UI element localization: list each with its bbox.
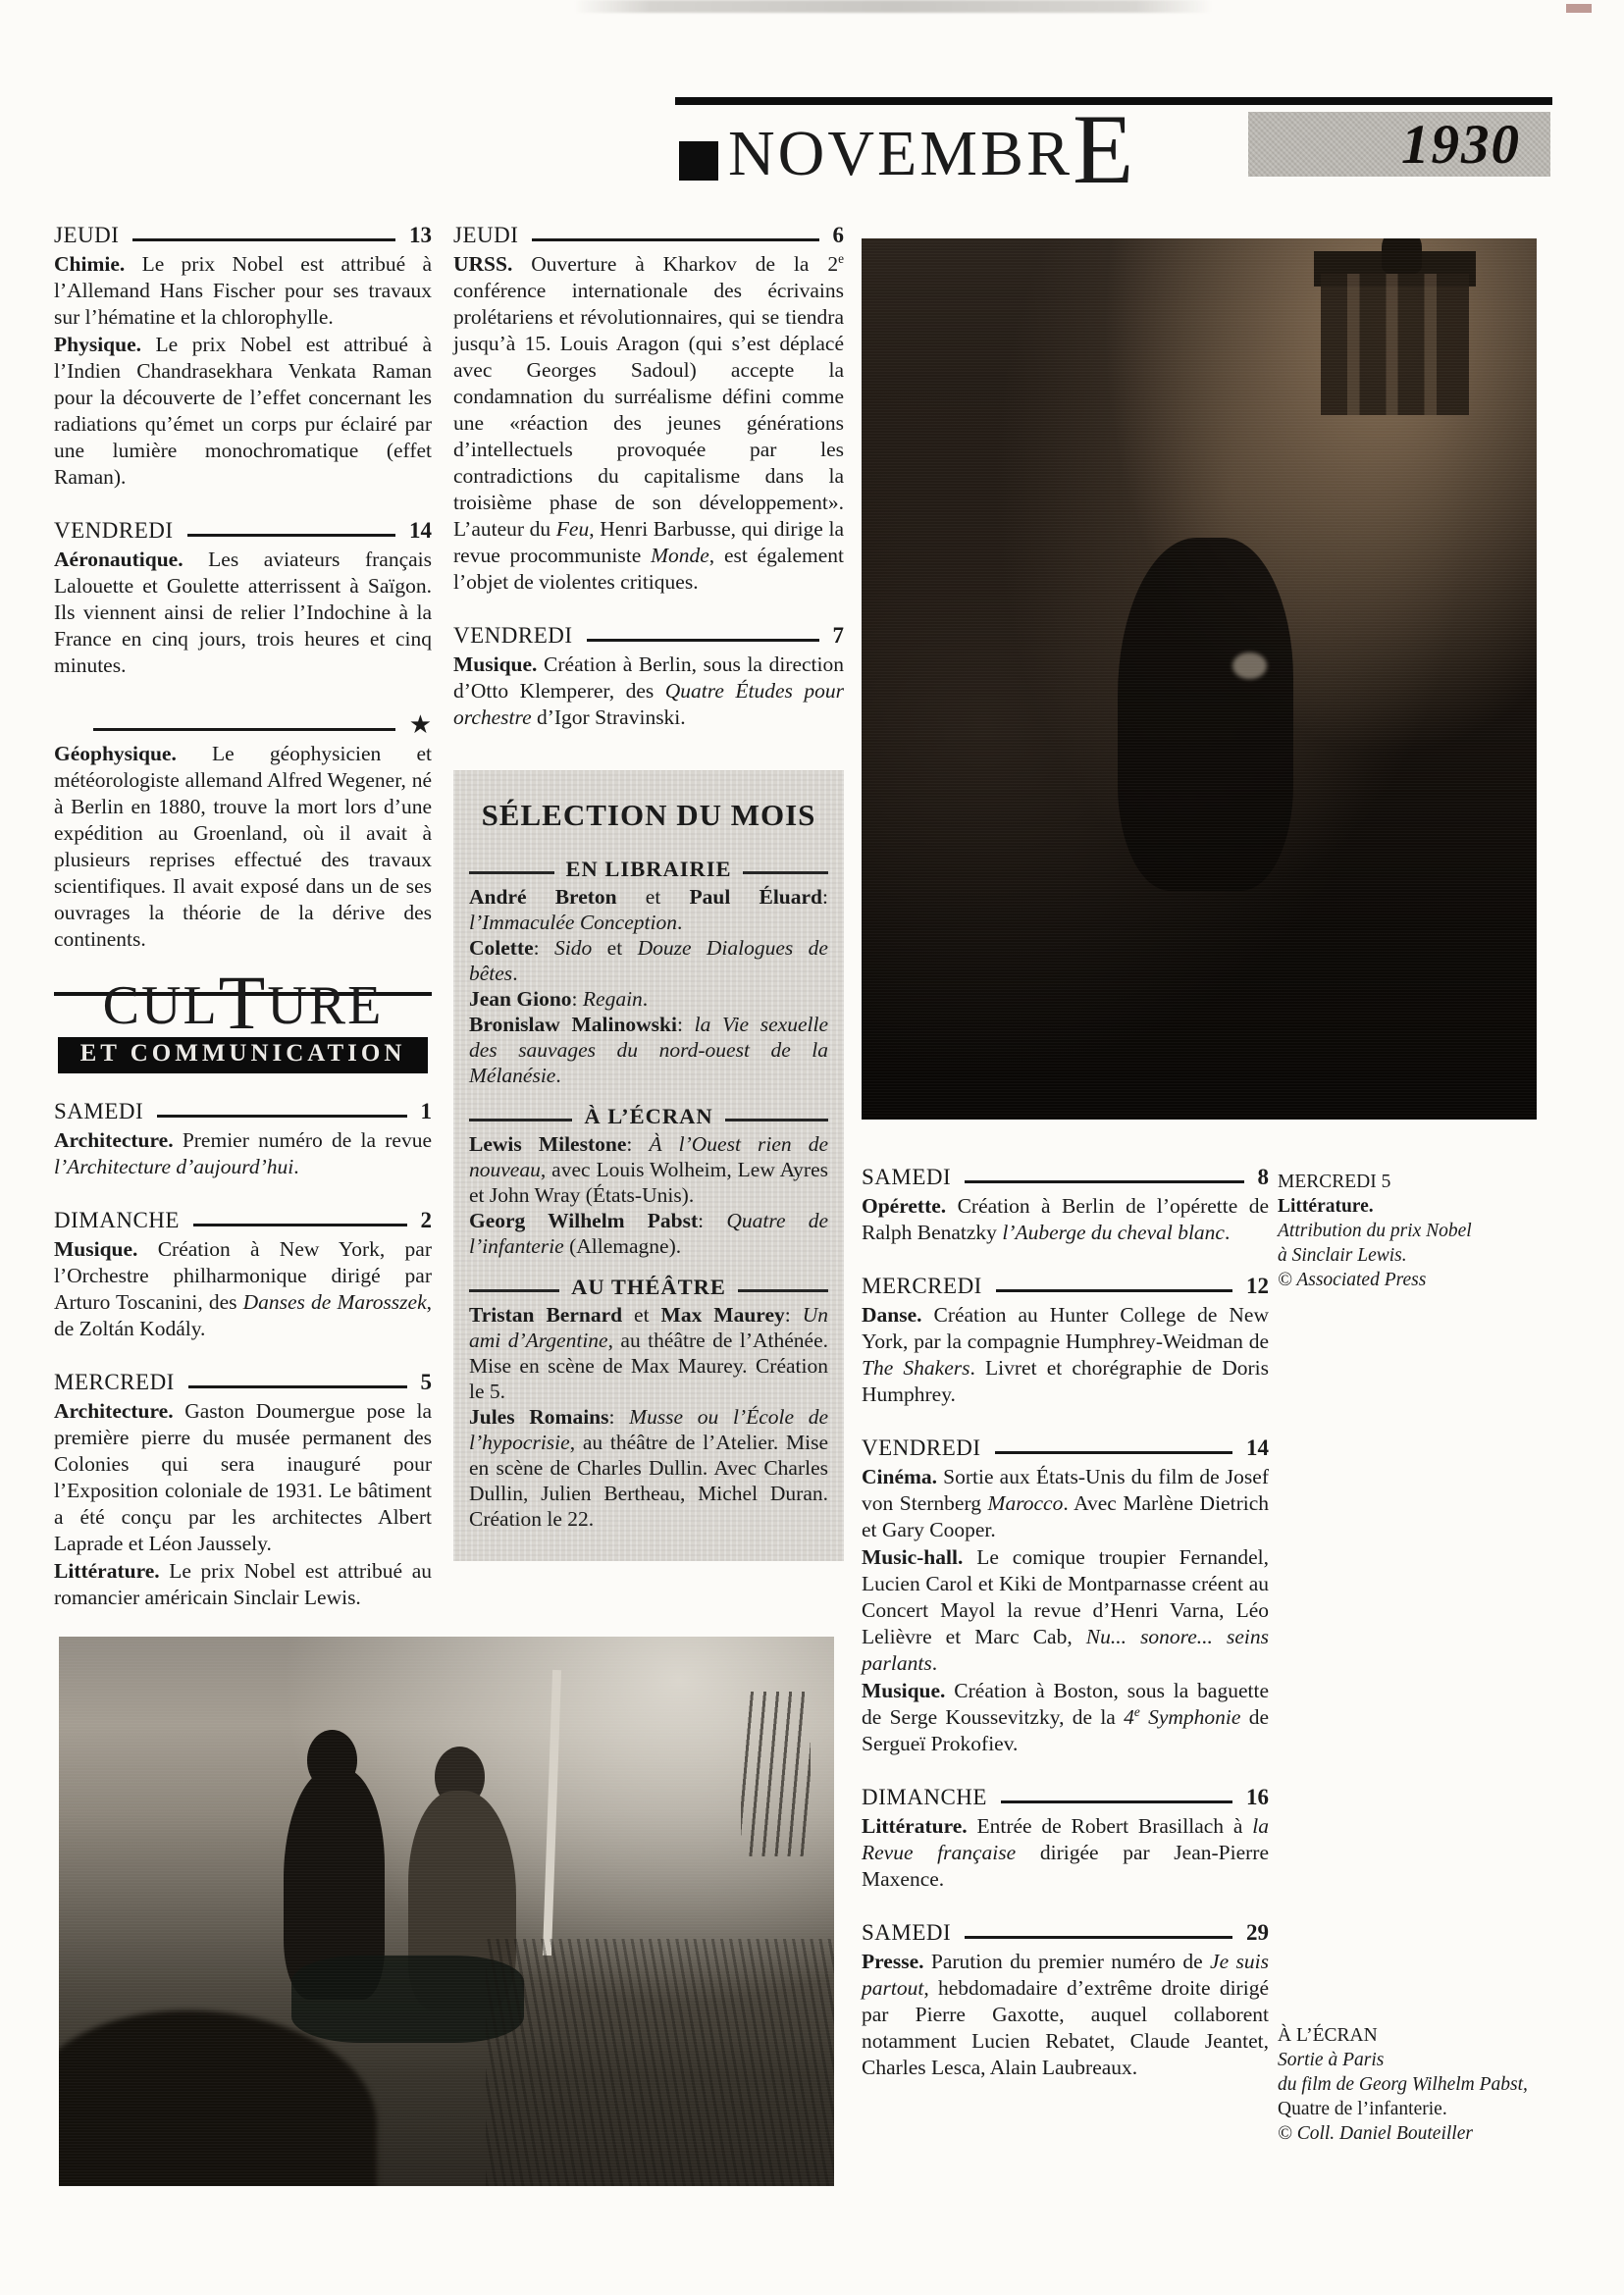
month-title-final-letter: E bbox=[1073, 110, 1133, 190]
caption-credit: © Coll. Daniel Bouteiller bbox=[1278, 2121, 1541, 2146]
event-text: Littérature. Entrée de Robert Brasillach… bbox=[862, 1813, 1269, 1893]
day-number: 16 bbox=[1246, 1783, 1269, 1812]
section-label: À L’ÉCRAN bbox=[584, 1104, 712, 1129]
event-text: Architecture. Gaston Doumergue pose la p… bbox=[54, 1398, 432, 1557]
event-text: Cinéma. Sortie aux États-Unis du film de… bbox=[862, 1464, 1269, 1543]
event-text: Géophysique. Le géophysicien et météorol… bbox=[54, 741, 432, 953]
event-text: Presse. Parution du premier numéro de Je… bbox=[862, 1949, 1269, 2081]
event-text: Aéronautique. Les aviateurs français Lal… bbox=[54, 547, 432, 679]
day-name: JEUDI bbox=[453, 221, 518, 250]
day-name: SAMEDI bbox=[862, 1918, 951, 1948]
heading-rule bbox=[469, 1119, 572, 1121]
event-entry: VENDREDI 14 Cinéma. Sortie aux États-Uni… bbox=[862, 1434, 1269, 1757]
selection-item: Jean Giono: Regain. bbox=[469, 986, 828, 1012]
selection-item: André Breton et Paul Éluard: l’Immaculée… bbox=[469, 884, 828, 935]
caption-credit: © Associated Press bbox=[1278, 1268, 1541, 1292]
day-rule bbox=[193, 1224, 407, 1226]
day-name: JEUDI bbox=[54, 221, 119, 250]
day-number: 14 bbox=[1246, 1434, 1269, 1463]
day-rule bbox=[587, 639, 819, 642]
scan-artifact-mark bbox=[1566, 4, 1592, 13]
selection-item: Bronislaw Malinowski: la Vie sexuelle de… bbox=[469, 1012, 828, 1088]
day-heading: VENDREDI 14 bbox=[862, 1434, 1269, 1463]
event-text: Musique. Création à Boston, sous la bagu… bbox=[862, 1678, 1269, 1757]
day-heading: SAMEDI 8 bbox=[862, 1163, 1269, 1192]
selection-section-heading: À L’ÉCRAN bbox=[469, 1104, 828, 1129]
day-heading: DIMANCHE 2 bbox=[54, 1206, 432, 1235]
day-heading: JEUDI 6 bbox=[453, 221, 844, 250]
day-rule bbox=[965, 1180, 1243, 1183]
right-column: SAMEDI 8 Opérette. Création à Berlin de … bbox=[862, 1163, 1269, 2107]
selection-du-mois-box: SÉLECTION DU MOIS EN LIBRAIRIE André Bre… bbox=[453, 770, 844, 1561]
day-heading: DIMANCHE 16 bbox=[862, 1783, 1269, 1812]
event-text: URSS. Ouverture à Kharkov de la 2e confé… bbox=[453, 251, 844, 596]
day-heading: SAMEDI 29 bbox=[862, 1918, 1269, 1948]
event-entry: VENDREDI 14 Aéronautique. Les aviateurs … bbox=[54, 516, 432, 679]
photo-bottom-caption: À L’ÉCRAN Sortie à Paris du film de Geor… bbox=[1278, 2023, 1541, 2146]
caption-line: À L’ÉCRAN bbox=[1278, 2023, 1541, 2048]
culture-title-part: CUL bbox=[103, 975, 219, 1036]
event-text: Littérature. Le prix Nobel est attribué … bbox=[54, 1558, 432, 1611]
section-label: EN LIBRAIRIE bbox=[566, 857, 732, 882]
event-text: Architecture. Premier numéro de la revue… bbox=[54, 1127, 432, 1180]
day-number: 5 bbox=[421, 1368, 433, 1397]
day-name: MERCREDI bbox=[54, 1368, 175, 1397]
selection-item: Georg Wilhelm Pabst: Quatre de l’infante… bbox=[469, 1208, 828, 1259]
day-rule bbox=[965, 1936, 1232, 1939]
heading-rule bbox=[469, 871, 554, 874]
selection-item: Jules Romains: Musse ou l’École de l’hyp… bbox=[469, 1404, 828, 1532]
day-number: 1 bbox=[421, 1097, 433, 1126]
selection-section-librairie: EN LIBRAIRIE André Breton et Paul Éluard… bbox=[469, 857, 828, 1088]
day-number: 6 bbox=[833, 221, 845, 250]
year-label: 1930 bbox=[1401, 113, 1521, 177]
day-rule bbox=[157, 1115, 406, 1118]
event-text: Physique. Le prix Nobel est attribué à l… bbox=[54, 332, 432, 491]
day-rule bbox=[1001, 1800, 1232, 1803]
day-rule bbox=[532, 238, 818, 241]
section-label: AU THÉÂTRE bbox=[571, 1275, 726, 1300]
event-entry-star: ★ Géophysique. Le géophysicien et météor… bbox=[54, 710, 432, 953]
event-entry: JEUDI 6 URSS. Ouverture à Kharkov de la … bbox=[453, 221, 844, 596]
heading-rule bbox=[469, 1289, 559, 1292]
month-title: NOVEMBR bbox=[728, 122, 1073, 186]
day-number: 12 bbox=[1246, 1272, 1269, 1301]
day-rule bbox=[996, 1289, 1232, 1292]
caption-line: Littérature. bbox=[1278, 1194, 1541, 1219]
heading-rule bbox=[725, 1119, 828, 1121]
event-entry: MERCREDI 5 Architecture. Gaston Doumergu… bbox=[54, 1368, 432, 1611]
event-entry: DIMANCHE 2 Musique. Création à New York,… bbox=[54, 1206, 432, 1342]
selection-item: Lewis Milestone: À l’Ouest rien de nouve… bbox=[469, 1131, 828, 1208]
middle-column: JEUDI 6 URSS. Ouverture à Kharkov de la … bbox=[453, 221, 844, 1561]
event-entry: SAMEDI 29 Presse. Parution du premier nu… bbox=[862, 1918, 1269, 2081]
event-entry: SAMEDI 8 Opérette. Création à Berlin de … bbox=[862, 1163, 1269, 1246]
selection-section-theatre: AU THÉÂTRE Tristan Bernard et Max Maurey… bbox=[469, 1275, 828, 1532]
event-text: Musique. Création à New York, par l’Orch… bbox=[54, 1236, 432, 1342]
selection-section-heading: EN LIBRAIRIE bbox=[469, 857, 828, 882]
day-name: SAMEDI bbox=[862, 1163, 951, 1192]
day-number: 2 bbox=[421, 1206, 433, 1235]
day-rule bbox=[187, 534, 395, 537]
day-heading: SAMEDI 1 bbox=[54, 1097, 432, 1126]
selection-section-heading: AU THÉÂTRE bbox=[469, 1275, 828, 1300]
photo-grain-texture bbox=[862, 238, 1537, 1120]
day-heading: MERCREDI 5 bbox=[54, 1368, 432, 1397]
day-heading: VENDREDI 14 bbox=[54, 516, 432, 546]
day-rule bbox=[995, 1451, 1232, 1454]
day-rule bbox=[132, 238, 395, 241]
day-name: DIMANCHE bbox=[862, 1783, 987, 1812]
culture-title-part: URE bbox=[267, 975, 383, 1036]
day-number: 8 bbox=[1258, 1163, 1270, 1192]
year-badge: 1930 bbox=[1248, 112, 1550, 177]
day-name: SAMEDI bbox=[54, 1097, 143, 1126]
scan-artifact bbox=[574, 0, 1212, 13]
day-name: VENDREDI bbox=[54, 516, 174, 546]
photo-top-caption: MERCREDI 5 Littérature. Attribution du p… bbox=[1278, 1170, 1541, 1292]
caption-line: Attribution du prix Nobel bbox=[1278, 1219, 1541, 1243]
day-heading: VENDREDI 7 bbox=[453, 621, 844, 651]
square-bullet-icon bbox=[679, 141, 718, 181]
event-text: Musique. Création à Berlin, sous la dire… bbox=[453, 652, 844, 731]
day-rule bbox=[188, 1385, 407, 1388]
day-name: VENDREDI bbox=[862, 1434, 981, 1463]
heading-rule bbox=[738, 1289, 828, 1292]
event-text: Opérette. Création à Berlin de l’opérett… bbox=[862, 1193, 1269, 1246]
caption-line: MERCREDI 5 bbox=[1278, 1170, 1541, 1194]
left-column: JEUDI 13 Chimie. Le prix Nobel est attri… bbox=[54, 221, 432, 1637]
event-text: Chimie. Le prix Nobel est attribué à l’A… bbox=[54, 251, 432, 331]
photo-soldiers-quatre-infanterie bbox=[59, 1637, 834, 2186]
heading-rule bbox=[743, 871, 828, 874]
selection-item: Tristan Bernard et Max Maurey: Un ami d’… bbox=[469, 1302, 828, 1404]
selection-section-ecran: À L’ÉCRAN Lewis Milestone: À l’Ouest rie… bbox=[469, 1104, 828, 1259]
photo-grain-texture bbox=[59, 1637, 834, 2186]
day-number: 13 bbox=[409, 221, 432, 250]
day-name: MERCREDI bbox=[862, 1272, 982, 1301]
day-heading: MERCREDI 12 bbox=[862, 1272, 1269, 1301]
culture-title-big-t: T bbox=[219, 960, 268, 1045]
culture-section-header: CULTURE ET COMMUNICATION bbox=[54, 978, 432, 1073]
page-title: NOVEMBRE bbox=[679, 102, 1133, 186]
event-entry: JEUDI 13 Chimie. Le prix Nobel est attri… bbox=[54, 221, 432, 491]
caption-line: Quatre de l’infanterie. bbox=[1278, 2097, 1541, 2121]
event-entry: VENDREDI 7 Musique. Création à Berlin, s… bbox=[453, 621, 844, 731]
day-name: VENDREDI bbox=[453, 621, 573, 651]
day-number: 7 bbox=[833, 621, 845, 651]
caption-line: à Sinclair Lewis. bbox=[1278, 1243, 1541, 1268]
event-entry: MERCREDI 12 Danse. Création au Hunter Co… bbox=[862, 1272, 1269, 1408]
event-entry: DIMANCHE 16 Littérature. Entrée de Rober… bbox=[862, 1783, 1269, 1893]
day-rule bbox=[93, 728, 395, 731]
event-entry: SAMEDI 1 Architecture. Premier numéro de… bbox=[54, 1097, 432, 1180]
selection-title: SÉLECTION DU MOIS bbox=[469, 798, 828, 833]
star-icon: ★ bbox=[409, 710, 432, 740]
day-heading: ★ bbox=[54, 710, 432, 740]
photo-sinclair-lewis-nobel bbox=[862, 238, 1537, 1120]
day-number: 14 bbox=[409, 516, 432, 546]
caption-line: Sortie à Paris bbox=[1278, 2048, 1541, 2072]
caption-line: du film de Georg Wilhelm Pabst, bbox=[1278, 2072, 1541, 2097]
day-name: DIMANCHE bbox=[54, 1206, 180, 1235]
event-text: Danse. Création au Hunter College de New… bbox=[862, 1302, 1269, 1408]
magazine-page: NOVEMBRE 1930 JEUDI 13 Chimie. Le prix N… bbox=[0, 0, 1624, 2295]
day-heading: JEUDI 13 bbox=[54, 221, 432, 250]
culture-title: CULTURE bbox=[54, 978, 432, 1033]
selection-item: Colette: Sido et Douze Dialogues de bête… bbox=[469, 935, 828, 986]
day-number: 29 bbox=[1246, 1918, 1269, 1948]
event-text: Music-hall. Le comique troupier Fernande… bbox=[862, 1544, 1269, 1677]
